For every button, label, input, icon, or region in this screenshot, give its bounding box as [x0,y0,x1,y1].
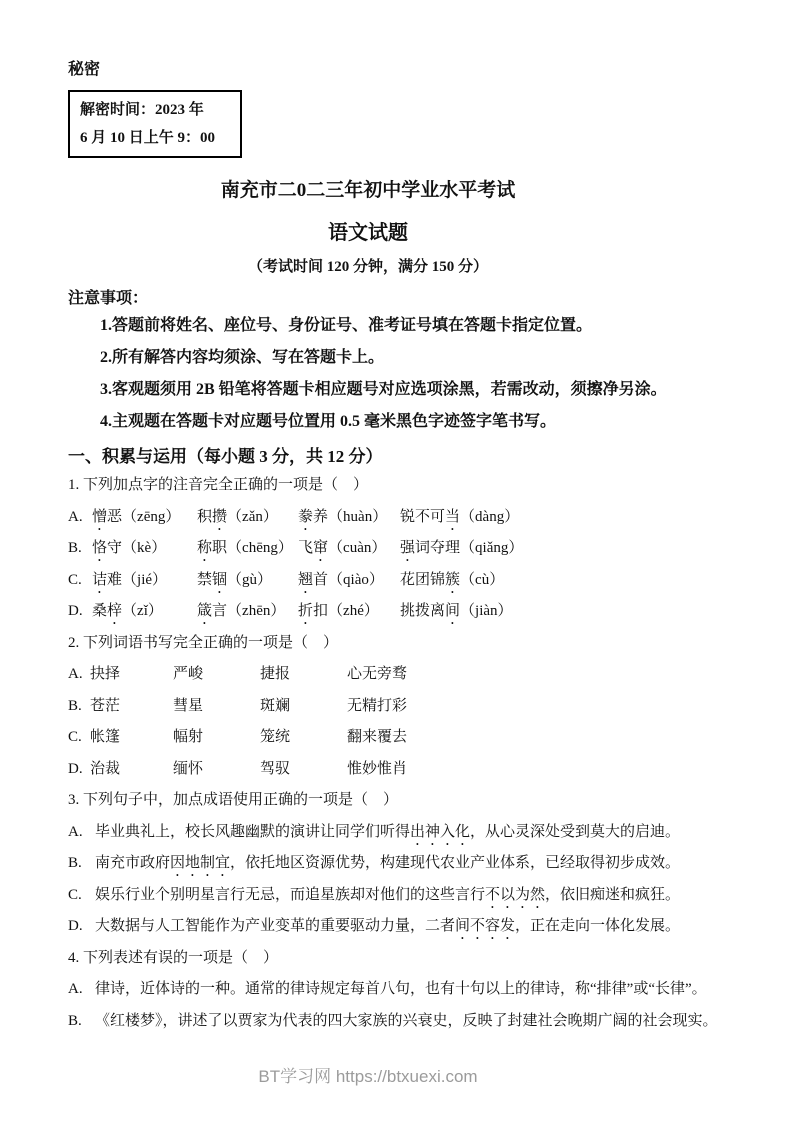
q2-b-word-1: 苍茫 [90,691,173,723]
pinyin: （huàn） [328,509,387,525]
q1-d-word-1: 桑梓（zǐ） [92,596,197,628]
dotted-char: 强 [400,540,415,556]
pinyin: （zǎn） [227,509,278,525]
sentence-post: ，依托地区资源优势，构建现代农业产业体系，已经取得初步成效。 [230,855,680,871]
footer-watermark: BT学习网 https://btxuexi.com [68,1064,668,1090]
q2-a-word-4: 心无旁骛 [347,659,668,691]
q2-d-word-4: 惟妙惟肖 [347,754,668,786]
word-post: 难 [107,572,122,588]
q1-stem: 1. 下列加点字的注音完全正确的一项是（ ） [68,470,668,502]
sentence-post: ，依旧痴迷和疯狂。 [545,887,680,903]
pinyin: （chēng） [227,540,293,556]
word-post: 扣 [313,603,328,619]
q1-d-word-2: 箴言（zhēn） [197,596,298,628]
q3-option-a: A.毕业典礼上，校长风趣幽默的演讲让同学们听得出神入化，从心灵深处受到莫大的启迪… [68,817,668,849]
sentence-post: ，从心灵深处受到莫大的启迪。 [470,824,680,840]
dotted-char: 攒 [212,509,227,525]
option-label: C. [68,880,95,912]
option-label: C. [68,565,92,597]
option-label: B. [68,1006,95,1038]
pinyin: （jiàn） [460,603,513,619]
dotted-char: 簇 [445,572,460,588]
sentence-pre: 大数据与人工智能作为产业变革的重要驱动力量，二者 [95,918,455,934]
word-pre: 积 [197,509,212,525]
q1-c-word-4: 花团锦簇（cù） [400,565,668,597]
pinyin: （gù） [227,572,272,588]
decrypt-line-2: 6 月 10 日上午 9：00 [80,124,230,152]
dotted-idiom: 因地制宜 [170,855,230,871]
notice-item-4: 4.主观题在答题卡对应题号位置用 0.5 毫米黑色字迹签字笔书写。 [68,406,668,438]
decrypt-line-1: 解密时间：2023 年 [80,96,230,124]
q2-a-word-3: 捷报 [260,659,347,691]
word-pre: 挑拨离 [400,603,445,619]
q2-option-a: A. 抉择 严峻 捷报 心无旁骛 [68,659,668,691]
sentence-pre: 娱乐行业个别明星言行无忌，而追星族却对他们的这些言行 [95,887,485,903]
q1-option-d: D. 桑梓（zǐ） 箴言（zhēn） 折扣（zhé） 挑拨离间（jiàn） [68,596,668,628]
word-pre: 飞 [298,540,313,556]
exam-title: 南充市二0二三年初中学业水平考试 [68,178,668,204]
q1-a-word-4: 锐不可当（dàng） [400,502,668,534]
exam-info: （考试时间 120 分钟，满分 150 分） [68,256,668,278]
option-label: B. [68,691,90,723]
statement-text: 《红楼梦》，讲述了以贾家为代表的四大家族的兴衰史，反映了封建社会晚期广阔的社会现… [95,1013,718,1029]
dotted-char: 豢 [298,509,313,525]
page-content: 秘密 解密时间：2023 年 6 月 10 日上午 9：00 南充市二0二三年初… [0,0,668,1037]
q2-b-word-4: 无精打彩 [347,691,668,723]
pinyin: （cuàn） [328,540,386,556]
q4-option-b: B.《红楼梦》，讲述了以贾家为代表的四大家族的兴衰史，反映了封建社会晚期广阔的社… [68,1006,668,1038]
q1-a-word-3: 豢养（huàn） [298,502,400,534]
word-pre: 花团锦 [400,572,445,588]
dotted-char: 窜 [313,540,328,556]
option-label: D. [68,596,92,628]
q2-stem: 2. 下列词语书写完全正确的一项是（ ） [68,628,668,660]
q3-option-b: B.南充市政府因地制宜，依托地区资源优势，构建现代农业产业体系，已经取得初步成效… [68,848,668,880]
word-post: 养 [313,509,328,525]
q1-b-word-4: 强词夺理（qiǎng） [400,533,668,565]
q1-d-word-3: 折扣（zhé） [298,596,400,628]
q2-d-word-3: 驾驭 [260,754,347,786]
word-pre: 禁 [197,572,212,588]
q1-option-c: C. 诘难（jié） 禁锢（gù） 翘首（qiào） 花团锦簇（cù） [68,565,668,597]
q2-option-c: C. 帐篷 幅射 笼统 翻来覆去 [68,722,668,754]
pinyin: （qiào） [328,572,384,588]
q1-b-word-1: 恪守（kè） [92,533,197,565]
q2-option-b: B. 苍茫 彗星 斑斓 无精打彩 [68,691,668,723]
q2-c-word-4: 翻来覆去 [347,722,668,754]
option-label: B. [68,848,95,880]
q2-b-word-3: 斑斓 [260,691,347,723]
q2-c-word-3: 笼统 [260,722,347,754]
pinyin: （zēng） [122,509,180,525]
dotted-char: 间 [445,603,460,619]
decrypt-time-box: 解密时间：2023 年 6 月 10 日上午 9：00 [68,90,242,158]
dotted-idiom: 间不容发 [455,918,515,934]
option-label: A. [68,502,92,534]
word-post: 首 [313,572,328,588]
notice-item-3: 3.客观题须用 2B 铅笔将答题卡相应题号对应选项涂黑，若需改动，须擦净另涂。 [68,374,668,406]
pinyin: （zhēn） [227,603,285,619]
q1-d-word-4: 挑拨离间（jiàn） [400,596,668,628]
dotted-char: 憎 [92,509,107,525]
q2-a-word-2: 严峻 [173,659,260,691]
statement-text: 律诗，近体诗的一种。通常的律诗规定每首八句，也有十句以上的律诗，称“排律”或“长… [95,981,707,997]
q4-option-a: A.律诗，近体诗的一种。通常的律诗规定每首八句，也有十句以上的律诗，称“排律”或… [68,974,668,1006]
q1-a-word-1: 憎恶（zēng） [92,502,197,534]
q1-c-word-1: 诘难（jié） [92,565,197,597]
pinyin: （qiǎng） [460,540,523,556]
q2-c-word-1: 帐篷 [90,722,173,754]
word-post: 守 [107,540,122,556]
word-post: 言 [212,603,227,619]
q1-option-a: A. 憎恶（zēng） 积攒（zǎn） 豢养（huàn） 锐不可当（dàng） [68,502,668,534]
dotted-char: 梓 [107,603,122,619]
dotted-char: 锢 [212,572,227,588]
section1-heading: 一、积累与运用（每小题 3 分，共 12 分） [68,444,668,470]
dotted-char: 折 [298,603,313,619]
sentence-pre: 南充市政府 [95,855,170,871]
q3-option-d: D.大数据与人工智能作为产业变革的重要驱动力量，二者间不容发，正在走向一体化发展… [68,911,668,943]
pinyin: （dàng） [460,509,519,525]
q2-option-d: D. 治裁 缅怀 驾驭 惟妙惟肖 [68,754,668,786]
q3-stem: 3. 下列句子中，加点成语使用正确的一项是（ ） [68,785,668,817]
q1-a-word-2: 积攒（zǎn） [197,502,298,534]
option-label: D. [68,754,90,786]
q1-c-word-2: 禁锢（gù） [197,565,298,597]
notice-heading: 注意事项： [68,288,668,310]
q2-b-word-2: 彗星 [173,691,260,723]
q2-d-word-2: 缅怀 [173,754,260,786]
pinyin: （kè） [122,540,166,556]
sentence-pre: 毕业典礼上，校长风趣幽默的演讲让同学们听得 [95,824,410,840]
pinyin: （zhé） [328,603,379,619]
dotted-char: 箴 [197,603,212,619]
dotted-idiom: 出神入化 [410,824,470,840]
sentence-post: ，正在走向一体化发展。 [515,918,680,934]
dotted-char: 当 [445,509,460,525]
q1-option-b: B. 恪守（kè） 称职（chēng） 飞窜（cuàn） 强词夺理（qiǎng） [68,533,668,565]
q1-c-word-3: 翘首（qiào） [298,565,400,597]
option-label: C. [68,722,90,754]
pinyin: （zǐ） [122,603,163,619]
q2-c-word-2: 幅射 [173,722,260,754]
dotted-char: 恪 [92,540,107,556]
q3-option-c: C.娱乐行业个别明星言行无忌，而追星族却对他们的这些言行不以为然，依旧痴迷和疯狂… [68,880,668,912]
word-post: 词夺理 [415,540,460,556]
q1-b-word-2: 称职（chēng） [197,533,298,565]
exam-page: 秘密 解密时间：2023 年 6 月 10 日上午 9：00 南充市二0二三年初… [0,0,793,1122]
q4-stem: 4. 下列表述有误的一项是（ ） [68,943,668,975]
dotted-char: 称 [197,540,212,556]
option-label: D. [68,911,95,943]
dotted-idiom: 不以为然 [485,887,545,903]
q2-a-word-1: 抉择 [90,659,173,691]
option-label: B. [68,533,92,565]
word-post: 恶 [107,509,122,525]
dotted-char: 诘 [92,572,107,588]
notice-item-2: 2.所有解答内容均须涂、写在答题卡上。 [68,342,668,374]
pinyin: （cù） [460,572,504,588]
word-pre: 桑 [92,603,107,619]
option-label: A. [68,817,95,849]
option-label: A. [68,974,95,1006]
exam-subject-title: 语文试题 [68,220,668,246]
q1-b-word-3: 飞窜（cuàn） [298,533,400,565]
option-label: A. [68,659,90,691]
classification-label: 秘密 [68,60,668,80]
q2-d-word-1: 治裁 [90,754,173,786]
dotted-char: 翘 [298,572,313,588]
pinyin: （jié） [122,572,167,588]
word-pre: 锐不可 [400,509,445,525]
word-post: 职 [212,540,227,556]
notice-item-1: 1.答题前将姓名、座位号、身份证号、准考证号填在答题卡指定位置。 [68,310,668,342]
